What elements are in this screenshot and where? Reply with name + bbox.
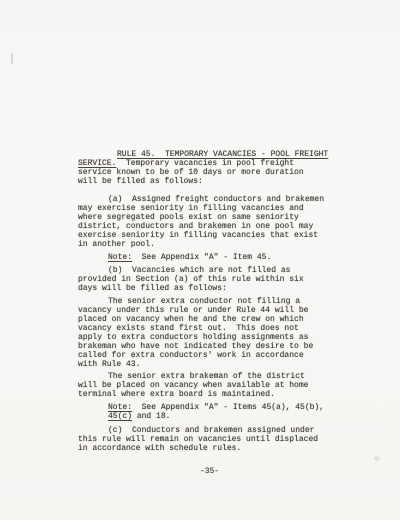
note-appendix-items-45abc: Note: See Appendix "A" - Items 45(a), 45… xyxy=(78,403,341,421)
note2-line2-underlined: 45(c) xyxy=(108,412,132,421)
rule-45-heading: RULE 45. TEMPORARY VACANCIES - POOL FREI… xyxy=(78,150,341,186)
document-body: RULE 45. TEMPORARY VACANCIES - POOL FREI… xyxy=(78,150,341,453)
paragraph-a: (a) Assigned freight conductors and brak… xyxy=(78,195,341,249)
note2-label: Note: xyxy=(108,403,132,412)
paragraph-c: (c) Conductors and brakemen assigned und… xyxy=(78,426,341,453)
scanned-document-page: RULE 45. TEMPORARY VACANCIES - POOL FREI… xyxy=(0,0,400,520)
paragraph-senior-conductor: The senior extra conductor not filling a… xyxy=(78,297,341,369)
scan-artifact-dot xyxy=(374,456,380,461)
paragraph-b: (b) Vacancies which are not filled as pr… xyxy=(78,266,341,293)
note2-line1-text: See Appendix "A" - Items 45(a), 45(b), xyxy=(132,403,324,412)
scan-artifact-mark xyxy=(11,53,14,64)
rule-title-service-word: SERVICE. xyxy=(78,159,116,168)
page-number: -35- xyxy=(78,467,341,476)
paragraph-senior-brakeman: The senior extra brakeman of the distric… xyxy=(78,372,341,399)
note2-line2-text: and 18. xyxy=(132,412,170,421)
note1-label: Note: xyxy=(108,253,132,262)
heading-intro-line4: will be filled as follows: xyxy=(78,177,203,186)
rule-title-line1: RULE 45. TEMPORARY VACANCIES - POOL FREI… xyxy=(117,150,328,159)
heading-intro-text: Temporary vacancies in pool freight xyxy=(116,159,294,168)
note-appendix-item-45: Note: See Appendix "A" - Item 45. xyxy=(78,253,341,262)
note1-text: See Appendix "A" - Item 45. xyxy=(132,253,271,262)
heading-intro-line3: service known to be of 10 days or more d… xyxy=(78,168,304,177)
